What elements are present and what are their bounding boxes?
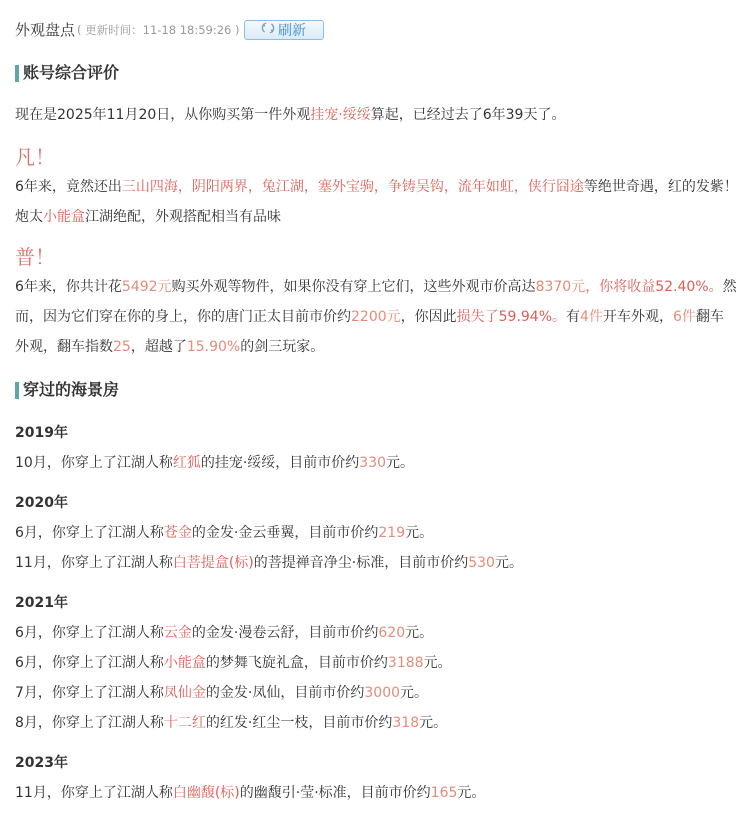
price: 3000: [364, 685, 400, 701]
section-heading-history: 穿过的海景房: [15, 380, 737, 400]
loss-percent: 损失了59.94%。: [457, 309, 566, 325]
page-header: 外观盘点 ( 更新时间：11-18 18:59:26 ) 刷新: [15, 19, 737, 41]
account-value: 2200元: [351, 309, 401, 325]
year-heading: 2020年: [15, 493, 737, 513]
section-heading-text: 账号综合评价: [23, 63, 119, 83]
fan-line-2: 炮太小能盒江湖绝配，外观搭配相当有品味: [15, 202, 737, 232]
refresh-button[interactable]: 刷新: [244, 20, 324, 40]
refresh-label: 刷新: [278, 20, 306, 40]
history-entry: 6月，你穿上了江湖人称苍金的金发·金云垂翼，目前市价约219元。: [15, 518, 737, 548]
market-value: 8370元: [536, 279, 586, 295]
gain-percent: ，你将收益52.40%。: [585, 279, 722, 295]
section-accent-bar: [15, 65, 19, 82]
nickname: 白幽馥(标): [173, 785, 240, 801]
nickname: 十二红: [164, 715, 206, 731]
nickname: 凤仙金: [164, 685, 206, 701]
section-accent-bar: [15, 382, 19, 399]
partner-name: 小能盒: [43, 209, 85, 225]
pu-paragraph: 6年来，你共计花5492元购买外观等物件，如果你没有穿上它们，这些外观市价高达8…: [15, 272, 737, 362]
year-heading: 2019年: [15, 423, 737, 443]
nickname: 云金: [164, 625, 192, 641]
year-heading: 2023年: [15, 753, 737, 773]
price: 165: [431, 785, 458, 801]
price: 219: [378, 525, 405, 541]
history-entry: 8月，你穿上了江湖人称十二红的红发·红尘一枝，目前市价约318元。: [15, 708, 737, 738]
price: 318: [392, 715, 419, 731]
nickname: 红狐: [173, 455, 201, 471]
first-item-name: 挂宠·绥绥: [310, 107, 370, 123]
history-entry: 6月，你穿上了江湖人称小能盒的梦舞飞旋礼盒，目前市价约3188元。: [15, 648, 737, 678]
history-entry: 11月，你穿上了江湖人称白菩提盒(标)的菩提禅音净尘·标准，目前市价约530元。: [15, 548, 737, 578]
percentile: 15.90%: [187, 339, 240, 355]
appearance-summary-page: 外观盘点 ( 更新时间：11-18 18:59:26 ) 刷新 账号综合评价 现…: [0, 19, 737, 808]
refresh-icon: [261, 21, 278, 39]
history-entry: 11月，你穿上了江湖人称白幽馥(标)的幽馥引·莹·标准，目前市价约165元。: [15, 778, 737, 808]
flip-index: 25: [113, 339, 131, 355]
intro-line: 现在是2025年11月20日，从你购买第一件外观挂宠·绥绥算起，已经过去了6年3…: [15, 100, 737, 130]
section-heading-account-rating: 账号综合评价: [15, 63, 737, 83]
nickname: 苍金: [164, 525, 192, 541]
pu-title: 普！: [15, 242, 737, 272]
price: 330: [359, 455, 386, 471]
section-heading-text: 穿过的海景房: [23, 380, 119, 400]
total-spent: 5492元: [122, 279, 172, 295]
nickname: 小能盒: [164, 655, 206, 671]
history-entry: 7月，你穿上了江湖人称凤仙金的金发·凤仙，目前市价约3000元。: [15, 678, 737, 708]
nickname: 白菩提盒(标): [173, 555, 254, 571]
year-heading: 2021年: [15, 593, 737, 613]
bad-count: 6件: [673, 309, 696, 325]
page-title: 外观盘点: [15, 19, 75, 41]
update-time: ( 更新时间：11-18 18:59:26 ): [77, 19, 240, 41]
history-entry: 6月，你穿上了江湖人称云金的金发·漫卷云舒，目前市价约620元。: [15, 618, 737, 648]
fan-title: 凡！: [15, 142, 737, 172]
adventure-list: 三山四海，阴阳两界，兔江湖，塞外宝驹，争铸吴钩，流年如虹，侠行囧途: [122, 179, 584, 195]
price: 620: [378, 625, 405, 641]
good-count: 4件: [580, 309, 603, 325]
price: 3188: [388, 655, 424, 671]
history-entry: 10月，你穿上了江湖人称红狐的挂宠·绥绥，目前市价约330元。: [15, 448, 737, 478]
price: 530: [468, 555, 495, 571]
fan-line-1: 6年来，竟然还出三山四海，阴阳两界，兔江湖，塞外宝驹，争铸吴钩，流年如虹，侠行囧…: [15, 172, 737, 202]
